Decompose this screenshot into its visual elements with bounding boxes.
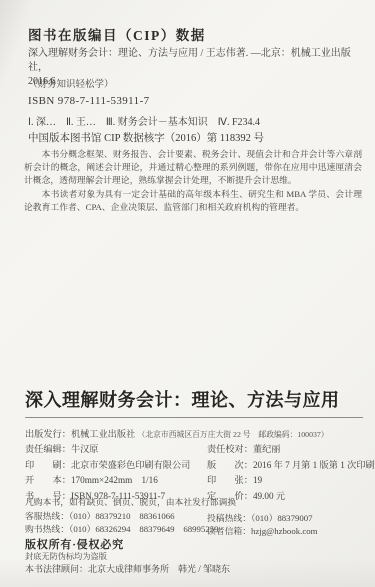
audience-paragraph: 本书读者对象为具有一定会计基础的高年级本科生、研究生和 MBA 学员、会计理论教… [24,188,362,214]
classification-line: Ⅰ. 深… Ⅱ. 王… Ⅲ. 财务会计－基本知识 Ⅳ. F234.4 [28,113,260,128]
cip-heading: 图书在版编目（CIP）数据 [28,24,206,44]
legal-counsel: 本书法律顾问：北京大成律师事务所 韩光 / 邹晓东 [25,562,230,575]
proofreader-label: 责任校对： [207,444,253,454]
edition-label: 版 次： [207,460,253,470]
editor-label: 责任编辑： [25,444,71,454]
series-note: （财务知识轻松学） [28,76,114,90]
service-hotline: 客服热线：（010）88379210 88361066 [25,510,175,524]
publisher-row: 出版发行：机械工业出版社 （北京市西城区百万庄大街 22 号 邮政编码：1000… [25,427,329,442]
title-divider [25,417,363,418]
book-summary-paragraph: 本书分概念框架、财务报告、会计要素、税务会计、现值会计和合并会计等六章剖析会计的… [24,148,362,188]
submission-hotline: 投稿热线：（010）88379007 [207,512,313,526]
sheets-value: 19 [253,475,262,485]
edition-value: 2016 年 7 月第 1 版第 1 次印刷 [253,460,375,470]
exchange-notice: 凡购本书，如有缺页、倒页、脱页，由本社发行部调换 [25,496,236,510]
edition-row: 版 次：2016 年 7 月第 1 版第 1 次印刷 [207,458,375,474]
editor-value: 牛汉原 [71,444,99,454]
cip-record-line: 中国版本图书馆 CIP 数据核字（2016）第 118392 号 [28,130,264,145]
printer-value: 北京市荣盛彩色印刷有限公司 [71,460,190,470]
book-title: 深入理解财务会计：理论、方法与应用 [25,386,365,412]
editor-row: 责任编辑：牛汉原 [25,442,190,458]
anti-piracy-note: 封底无防伪标均为盗版 [25,551,107,562]
format-value: 170mm×242mm 1/16 [71,475,158,485]
proofreader-value: 董纪丽 [253,444,281,454]
sheets-label: 印 张： [207,475,253,485]
proofreader-row: 责任校对：董纪丽 [207,442,375,458]
colophon-right-column: 责任校对：董纪丽 版 次：2016 年 7 月第 1 版第 1 次印刷 印 张：… [207,442,375,504]
publisher-label: 出版发行： [25,429,71,439]
publisher-name: 机械工业出版社 [71,429,135,439]
purchase-hotline: 购书热线：（010）68326294 88379649 68995259 [25,523,219,537]
price-value: 49.00 元 [253,491,285,501]
cip-entry-line1: 深入理解财务会计：理论、方法与应用 / 王志伟著. —北京：机械工业出版社， [28,47,362,75]
printer-label: 印 刷： [25,460,71,470]
printer-row: 印 刷：北京市荣盛彩色印刷有限公司 [25,458,190,474]
format-row: 开 本：170mm×242mm 1/16 [25,473,190,489]
colophon-left-column: 责任编辑：牛汉原 印 刷：北京市荣盛彩色印刷有限公司 开 本：170mm×242… [25,442,190,504]
isbn-line: ISBN 978-7-111-53911-7 [28,95,150,107]
sheets-row: 印 张：19 [207,473,375,489]
book-copyright-page: 图书在版编目（CIP）数据 深入理解财务会计：理论、方法与应用 / 王志伟著. … [0,0,375,587]
format-label: 开 本： [25,475,71,485]
reader-email: 读者信箱：hzjg@hzbook.com [207,525,317,539]
publisher-address: （北京市西城区百万庄大街 22 号 邮政编码：100037） [138,430,329,439]
copyright-notice: 版权所有·侵权必究 [25,536,124,552]
